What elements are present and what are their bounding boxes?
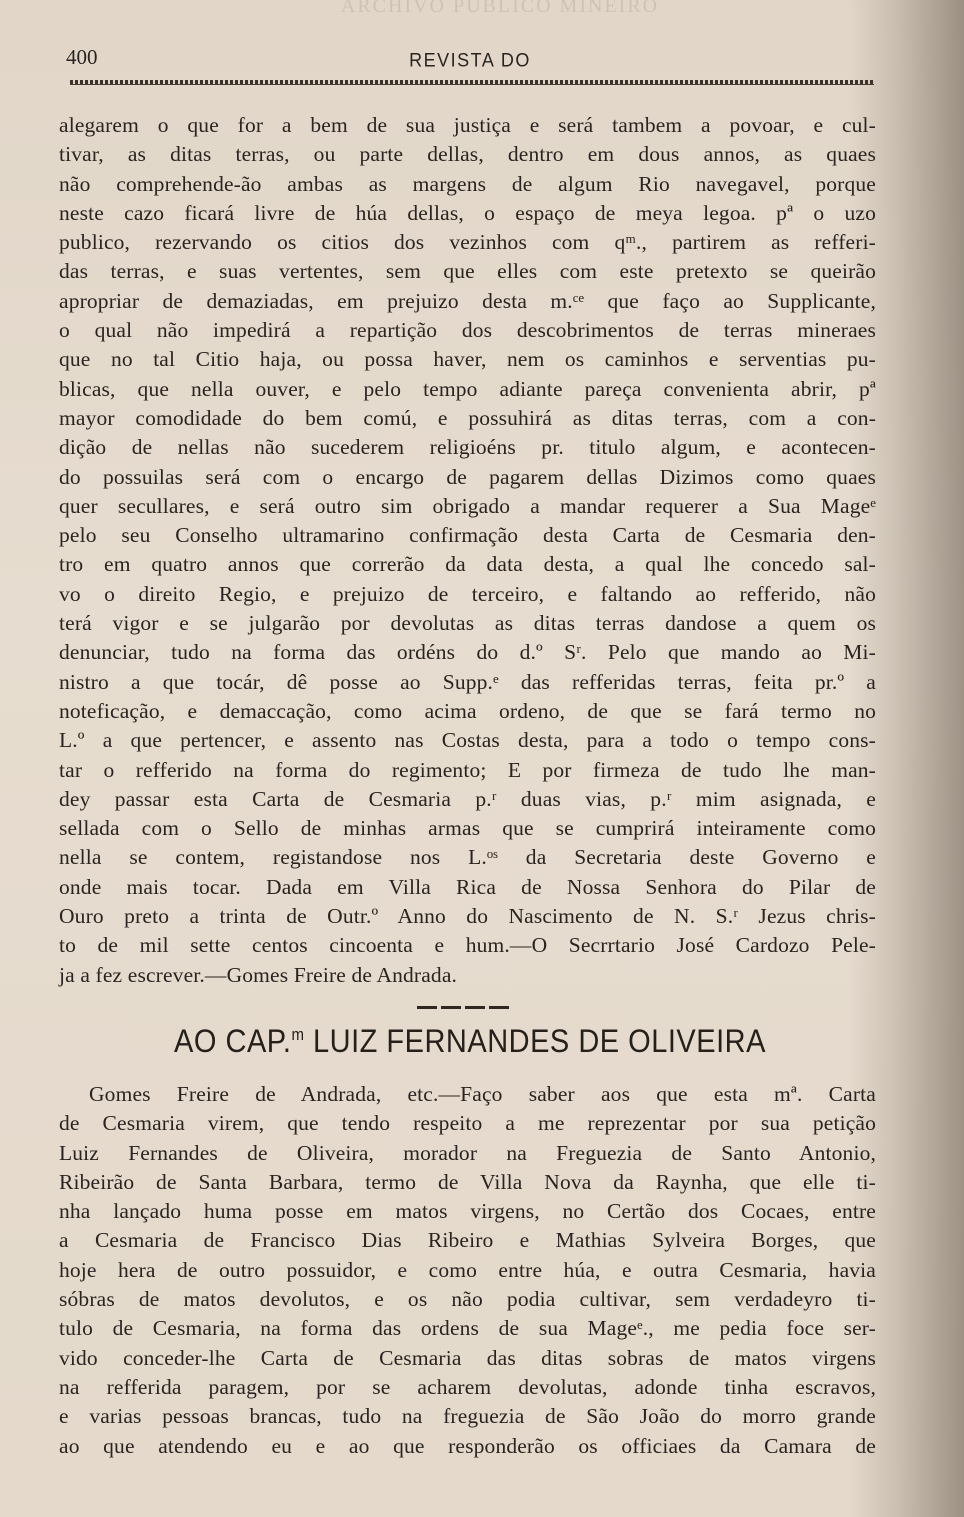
text-line: vo o direito Regio, e prejuizo de tercei… [59, 580, 876, 609]
section-separator [417, 1006, 512, 1009]
text-line: noteficação, e demaccação, como acima or… [59, 697, 876, 726]
text-line: das terras, e suas vertentes, sem que el… [59, 257, 876, 286]
text-line: tulo de Cesmaria, na forma das ordens de… [59, 1314, 876, 1343]
text-line: nha lançado huma posse em matos virgens,… [59, 1197, 876, 1226]
bleed-through-header: ARCHIVO PUBLICO MINEIRO [300, 0, 700, 22]
heading-superscript: m [291, 1026, 304, 1045]
text-line: dey passar esta Carta de Cesmaria p.ʳ du… [59, 785, 876, 814]
text-line: hoje hera de outro possuidor, e como ent… [59, 1256, 876, 1285]
text-line: do possuilas será com o encargo de pagar… [59, 463, 876, 492]
text-line: neste cazo ficará livre de húa dellas, o… [59, 199, 876, 228]
text-line: terá vigor e se julgarão por devolutas a… [59, 609, 876, 638]
text-line: tro em quatro annos que correrão da data… [59, 550, 876, 579]
text-line: sóbras de matos devolutos, e os não podi… [59, 1285, 876, 1314]
text-line: sellada com o Sello de minhas armas que … [59, 814, 876, 843]
heading-prefix: AO CAP. [174, 1024, 291, 1060]
text-line: que no tal Citio haja, ou possa haver, n… [59, 345, 876, 374]
text-line: tar o refferido na forma do regimento; E… [59, 756, 876, 785]
text-line: tivar, as ditas terras, ou parte dellas,… [59, 140, 876, 169]
text-line: dição de nellas não sucederem religioéns… [59, 433, 876, 462]
text-line: Gomes Freire de Andrada, etc.—Faço saber… [59, 1080, 876, 1109]
text-line: não comprehende-ão ambas as margens de a… [59, 170, 876, 199]
text-line: to de mil sette centos cincoenta e hum.—… [59, 931, 876, 960]
page-scan: ARCHIVO PUBLICO MINEIRO 400 REVISTA DO a… [0, 0, 964, 1517]
text-line: L.º a que pertencer, e assento nas Costa… [59, 726, 876, 755]
text-line: blicas, que nella ouver, e pelo tempo ad… [59, 375, 876, 404]
text-line: Ouro preto a trinta de Outr.º Anno do Na… [59, 902, 876, 931]
section-text: Gomes Freire de Andrada, etc.—Faço saber… [59, 1080, 876, 1461]
continued-text: alegarem o que for a bem de sua justiça … [59, 111, 876, 990]
text-line: Luiz Fernandes de Oliveira, morador na F… [59, 1139, 876, 1168]
journal-title: REVISTA DO [66, 49, 874, 72]
text-line: de Cesmaria virem, que tendo respeito a … [59, 1109, 876, 1138]
text-line: nistro a que tocár, dê posse ao Supp.ᵉ d… [59, 668, 876, 697]
heading-name: LUIZ FERNANDES DE OLIVEIRA [304, 1024, 766, 1060]
text-line: e varias pessoas brancas, tudo na fregue… [59, 1402, 876, 1431]
header-rule [70, 80, 874, 85]
text-line: apropriar de demaziadas, em prejuizo des… [59, 287, 876, 316]
text-line: denunciar, tudo na forma das ordéns do d… [59, 638, 876, 667]
text-line: na refferida paragem, por se acharem dev… [59, 1373, 876, 1402]
text-line: vido conceder-lhe Carta de Cesmaria das … [59, 1344, 876, 1373]
text-line: nella se contem, registandose nos L.ᵒˢ d… [59, 843, 876, 872]
text-line: o qual não impedirá a repartição dos des… [59, 316, 876, 345]
text-line: mayor comodidade do bem comú, e possuhir… [59, 404, 876, 433]
text-line: quer secullares, e será outro sim obriga… [59, 492, 876, 521]
section-heading: AO CAP.m LUIZ FERNANDES DE OLIVEIRA [100, 1024, 840, 1061]
text-line: onde mais tocar. Dada em Villa Rica de N… [59, 873, 876, 902]
text-line: Ribeirão de Santa Barbara, termo de Vill… [59, 1168, 876, 1197]
running-head: 400 REVISTA DO [66, 40, 874, 80]
text-line: alegarem o que for a bem de sua justiça … [59, 111, 876, 140]
text-line: a Cesmaria de Francisco Dias Ribeiro e M… [59, 1226, 876, 1255]
text-line: pelo seu Conselho ultramarino confirmaçã… [59, 521, 876, 550]
text-line: ja a fez escrever.—Gomes Freire de Andra… [59, 961, 876, 990]
text-line: ao que atendendo eu e ao que responderão… [59, 1432, 876, 1461]
text-line: publico, rezervando os citios dos vezinh… [59, 228, 876, 257]
